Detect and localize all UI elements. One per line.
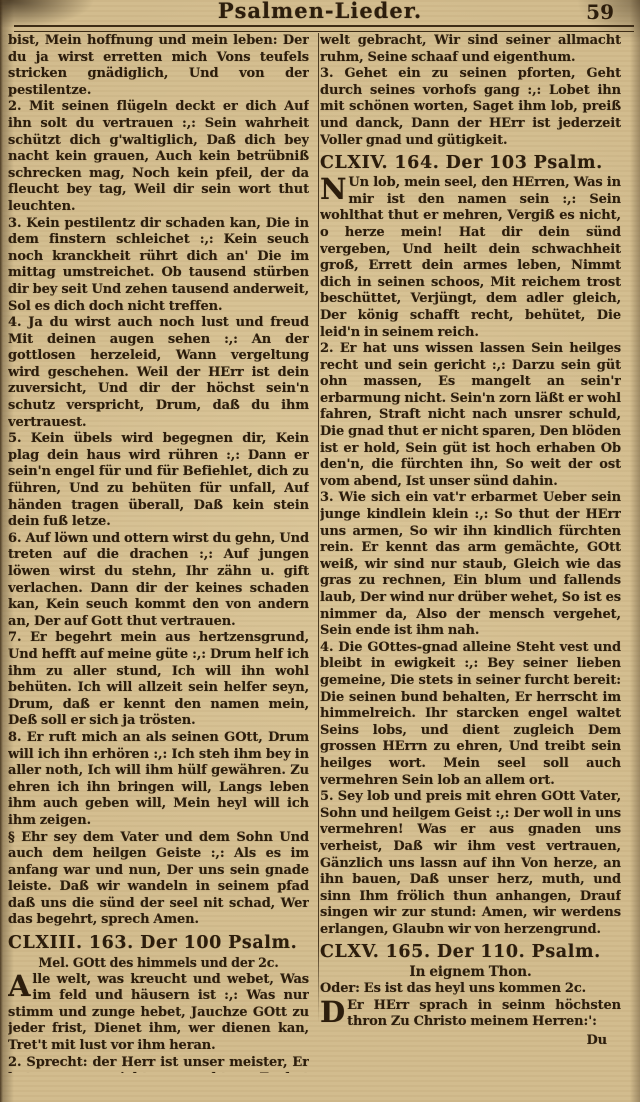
verse-paragraph: § Ehr sey dem Vater und dem Sohn Und auc…: [8, 830, 309, 930]
verse-paragraph: 6. Auf löwn und ottern wirst du gehn, Un…: [8, 531, 309, 631]
verse-paragraph: 4. Ja du wirst auch noch lust und freud …: [8, 315, 309, 431]
verse-paragraph: 3. Kein pestilentz dir schaden kan, Die …: [8, 216, 309, 316]
verse-paragraph: 3. Wie sich ein vat'r erbarmet Ueber sei…: [320, 490, 621, 639]
catchword: Du: [320, 1033, 621, 1050]
verse-paragraph: NUn lob, mein seel, den HErren, Was in m…: [320, 175, 621, 341]
verse-paragraph: Alle welt, was kreucht und webet, Was im…: [8, 972, 309, 1055]
melody-line: Mel. GOtt des himmels und der 2c.: [8, 955, 309, 972]
verse-paragraph: 8. Er ruft mich an als seinen GOtt, Drum…: [8, 730, 309, 830]
page-title: Psalmen-Lieder.: [0, 0, 640, 23]
verse-paragraph: bist, Mein hoffnung und mein leben: Der …: [8, 33, 309, 99]
verse-paragraph: 5. Kein übels wird begegnen dir, Kein pl…: [8, 431, 309, 531]
verse-paragraph: DEr HErr sprach in seinm höchsten thron …: [320, 998, 621, 1031]
verse-paragraph: 2. Sprecht: der Herr ist unser meister, …: [8, 1055, 309, 1073]
header-rule: [14, 25, 634, 32]
verse-paragraph: 4. Die GOttes-gnad alleine Steht vest un…: [320, 640, 621, 789]
verse-paragraph: 2. Mit seinen flügeln deckt er dich Auf …: [8, 99, 309, 215]
verse-paragraph: 2. Er hat uns wissen lassen Sein heilges…: [320, 341, 621, 490]
verse-paragraph: 7. Er begehrt mein aus hertzensgrund, Un…: [8, 630, 309, 730]
right-column: welt gebracht, Wir sind seiner allmacht …: [320, 33, 621, 1073]
verse-paragraph: 5. Sey lob und preis mit ehren GOtt Vate…: [320, 789, 621, 938]
psalm-heading: CLXV. 165. Der 110. Psalm.: [320, 941, 621, 963]
page-header: Psalmen-Lieder. 59: [0, 0, 640, 26]
scanned-hymnal-page: Psalmen-Lieder. 59 bist, Mein hoffnung u…: [0, 0, 640, 1102]
verse-paragraph: welt gebracht, Wir sind seiner allmacht …: [320, 33, 621, 66]
page-number: 59: [586, 0, 614, 24]
psalm-heading: CLXIV. 164. Der 103 Psalm.: [320, 152, 621, 174]
verse-paragraph: Oder: Es ist das heyl uns kommen 2c.: [320, 981, 621, 998]
left-column: bist, Mein hoffnung und mein leben: Der …: [8, 33, 309, 1073]
verse-paragraph: 3. Gehet ein zu seinen pforten, Geht dur…: [320, 66, 621, 149]
psalm-heading: In eignem Thon.: [320, 964, 621, 981]
text-columns: bist, Mein hoffnung und mein leben: Der …: [8, 33, 622, 1073]
psalm-heading: CLXIII. 163. Der 100 Psalm.: [8, 932, 309, 954]
